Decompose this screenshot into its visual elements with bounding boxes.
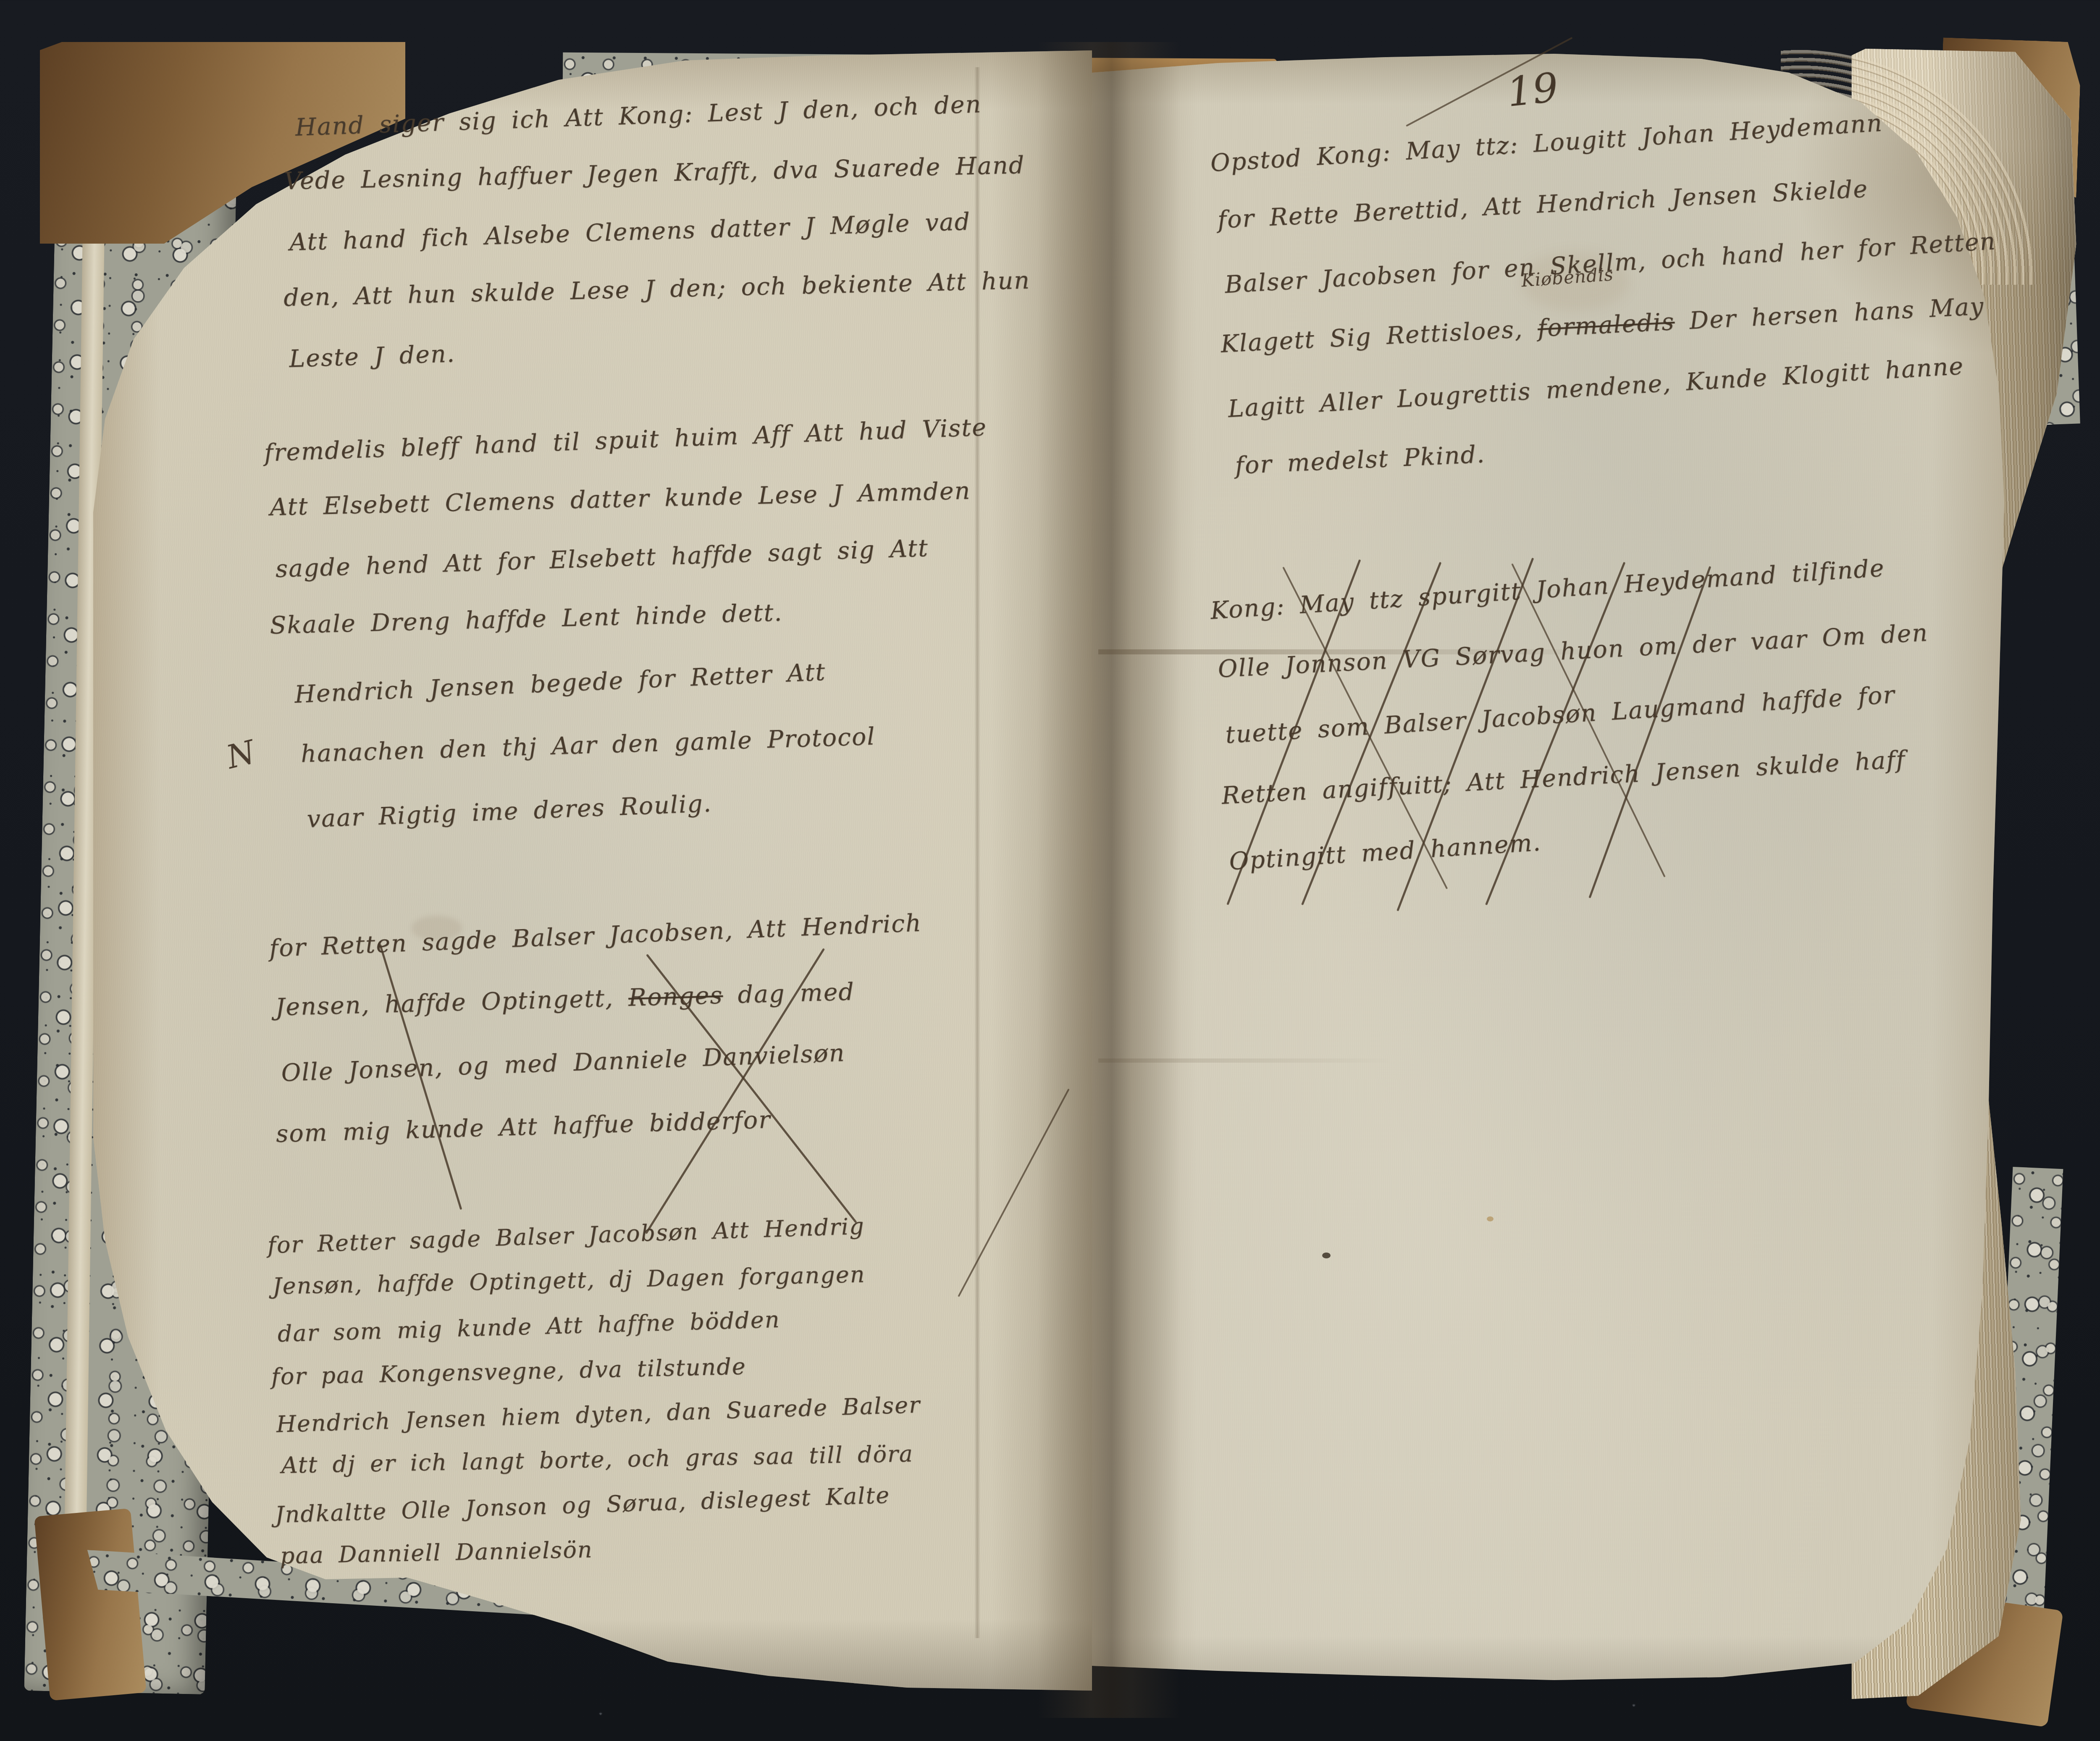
manuscript-paragraph: Opstod Kong: May ttz: Lougitt Johan Heyd… [1210, 105, 2001, 517]
manuscript-paragraph: Kong: May ttz spurgitt Johan Heydemand t… [1210, 554, 1938, 910]
cross-out-stroke [958, 1089, 1069, 1297]
manuscript-paragraph: Hand siger sig ich Att Kong: Lest J den,… [278, 90, 1033, 402]
struck-word: Ronges [628, 982, 723, 1012]
manuscript-paragraph: for Retten sagde Balser Jacobsen, Att He… [269, 911, 930, 1185]
manuscript-text-layer: Hand siger sig ich Att Kong: Lest J den,… [0, 0, 2100, 1741]
manuscript-paragraph: for Retter sagde Balser Jacobsøn Att Hen… [267, 1213, 921, 1590]
manuscript-paragraph: fremdelis bleff hand til spuit huim Aff … [264, 415, 994, 673]
page-number: 19 [1504, 64, 1560, 116]
archival-scan-background: { "document_kind": "handwritten protocol… [0, 0, 2100, 1741]
manuscript-paragraph: Hendrich Jensen begede for Retter Atthan… [294, 657, 876, 868]
margin-mark: N [223, 733, 259, 776]
